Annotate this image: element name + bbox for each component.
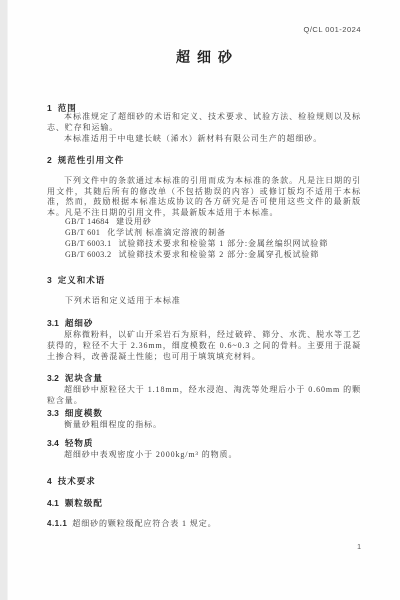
term-3-4-heading: 3.4轻物质 <box>47 437 361 449</box>
term-3-2-definition: 超细砂中原粒径大于 1.18mm，经水浸泡、淘洗等处理后小于 0.60mm 的颗… <box>47 384 361 406</box>
term-name: 轻物质 <box>65 438 94 448</box>
reference-item: GB/T 14684建设用砂 <box>47 217 361 228</box>
page-left-edge <box>0 0 8 600</box>
term-number: 3.2 <box>47 373 59 383</box>
reference-code: GB/T 6003.2 <box>65 250 111 259</box>
term-number: 3.3 <box>47 408 59 418</box>
section-3-intro: 下列术语和定义适用于本标准 <box>47 295 379 306</box>
section-1-paragraph-1: 本标准规定了超细砂的术语和定义、技术要求、试验方法、检验规则以及标志、贮存和运输… <box>47 111 361 133</box>
clause-number: 4.1.1 <box>47 519 67 528</box>
clause-4-1-1: 4.1.1超细砂的颗粒级配应符合表 1 规定。 <box>47 518 361 529</box>
reference-code: GB/T 601 <box>65 228 100 237</box>
reference-name: 化学试剂 标准滴定溶液的制备 <box>107 228 226 237</box>
section-4-1-heading: 4.1颗粒级配 <box>47 497 361 509</box>
section-4-heading: 4技术要求 <box>47 475 361 487</box>
reference-name: 建设用砂 <box>116 217 152 226</box>
term-name: 超细砂 <box>65 318 94 328</box>
term-number: 3.4 <box>47 438 59 448</box>
term-3-3-heading: 3.3细度模数 <box>47 407 361 419</box>
section-number: 4 <box>47 476 52 486</box>
page-title: 超细砂 <box>47 47 361 67</box>
term-name: 泥块含量 <box>65 373 103 383</box>
doc-code: Q/CL 001-2024 <box>47 25 361 34</box>
section-number: 3 <box>47 275 52 285</box>
reference-item: GB/T 6003.1试验筛技术要求和检验第 1 部分:金属丝编织网试验筛 <box>47 239 361 250</box>
term-3-2-heading: 3.2泥块含量 <box>47 372 361 384</box>
term-number: 3.1 <box>47 318 59 328</box>
section-label: 技术要求 <box>58 476 96 486</box>
document-page: Q/CL 001-2024 超细砂 1范围 本标准规定了超细砂的术语和定义、技术… <box>0 0 400 600</box>
reference-item: GB/T 601化学试剂 标准滴定溶液的制备 <box>47 228 361 239</box>
section-label: 规范性引用文件 <box>58 155 125 165</box>
section-label: 颗粒级配 <box>65 498 103 508</box>
clause-text: 超细砂的颗粒级配应符合表 1 规定。 <box>72 519 216 528</box>
term-3-4-definition: 超细砂中表观密度小于 2000kg/m³ 的物质。 <box>47 449 361 460</box>
term-name: 细度模数 <box>65 408 103 418</box>
section-1-paragraph-2: 本标准适用于中电建长峡（浠水）新材料有限公司生产的超细砂。 <box>47 133 361 144</box>
section-2-paragraph: 下列文件中的条款通过本标准的引用而成为本标准的条款。凡是注日期的引用文件，其随后… <box>47 176 361 219</box>
reference-name: 试验筛技术要求和检验第 2 部分:金属穿孔板试验筛 <box>118 250 319 259</box>
section-3-heading: 3定义和术语 <box>47 274 361 286</box>
section-2-heading: 2规范性引用文件 <box>47 154 361 166</box>
term-3-1-definition: 原称微粉料，以矿山开采岩石为原料，经过破碎、筛分、水洗、脱水等工艺获得的，粒径不… <box>47 329 361 362</box>
reference-list: GB/T 14684建设用砂 GB/T 601化学试剂 标准滴定溶液的制备 GB… <box>47 217 361 261</box>
reference-item: GB/T 6003.2试验筛技术要求和检验第 2 部分:金属穿孔板试验筛 <box>47 250 361 261</box>
reference-name: 试验筛技术要求和检验第 1 部分:金属丝编织网试验筛 <box>118 239 328 248</box>
page-number: 1 <box>47 544 361 551</box>
reference-code: GB/T 6003.1 <box>65 239 111 248</box>
term-3-1-heading: 3.1超细砂 <box>47 317 361 329</box>
section-number: 2 <box>47 155 52 165</box>
term-3-3-definition: 衡量砂粗细程度的指标。 <box>47 419 361 430</box>
section-label: 定义和术语 <box>58 275 106 285</box>
section-number: 4.1 <box>47 498 59 508</box>
reference-code: GB/T 14684 <box>65 217 109 226</box>
